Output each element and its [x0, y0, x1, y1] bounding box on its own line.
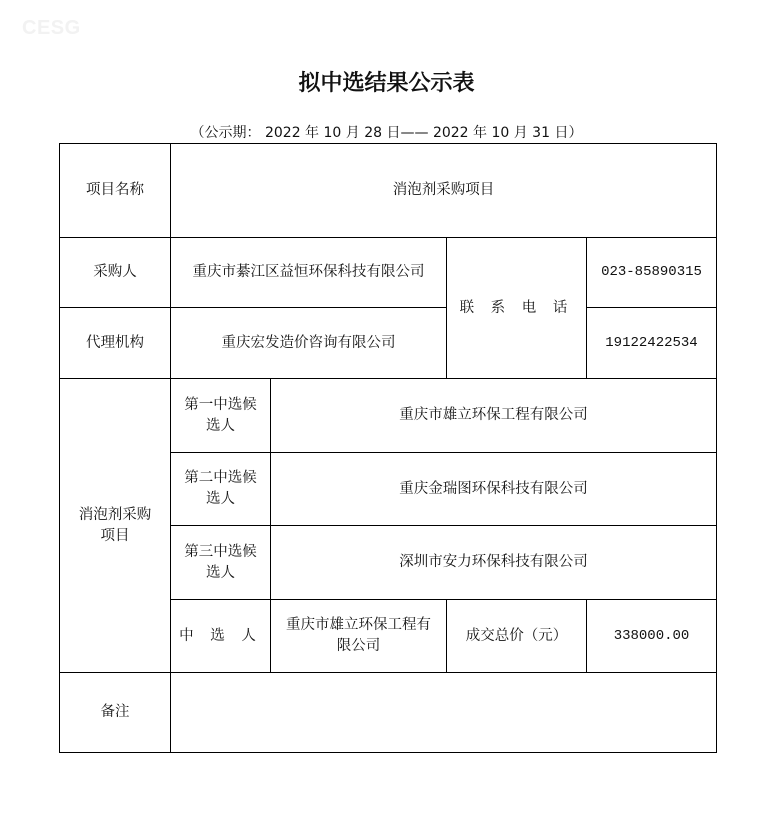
- publicity-period: （公示期： 2022 年 10 月 28 日—— 2022 年 10 月 31 …: [0, 122, 773, 142]
- candidate-3-name: 深圳市安力环保科技有限公司: [271, 526, 716, 599]
- contact-phone-label: 联 系 电 话: [447, 238, 586, 378]
- remarks-label: 备注: [60, 673, 170, 752]
- candidate-2-name: 重庆金瑞图环保科技有限公司: [271, 453, 716, 525]
- remarks-value: [171, 673, 716, 752]
- watermark-logo: CESG: [22, 17, 81, 40]
- agency-label: 代理机构: [60, 308, 170, 378]
- agency-value: 重庆宏发造价咨询有限公司: [171, 308, 446, 378]
- winner-value: 重庆市雄立环保工程有限公司: [271, 600, 446, 672]
- candidate-1-rank: 第一中选候选人: [171, 379, 270, 452]
- total-price-value: 338000.00: [587, 600, 716, 672]
- agency-phone: 19122422534: [587, 308, 716, 378]
- purchaser-phone: 023-85890315: [587, 238, 716, 307]
- candidate-3-rank: 第三中选候选人: [171, 526, 270, 599]
- document-title: 拟中选结果公示表: [0, 66, 773, 97]
- project-name-value: 消泡剂采购项目: [171, 144, 716, 237]
- section-label: 消泡剂采购项目: [60, 379, 170, 672]
- project-name-label: 项目名称: [60, 144, 170, 237]
- candidate-1-name: 重庆市雄立环保工程有限公司: [271, 379, 716, 452]
- total-price-label: 成交总价（元）: [447, 600, 586, 672]
- purchaser-value: 重庆市綦江区益恒环保科技有限公司: [171, 238, 446, 307]
- winner-label: 中 选 人: [171, 600, 270, 672]
- candidate-2-rank: 第二中选候选人: [171, 453, 270, 525]
- purchaser-label: 采购人: [60, 238, 170, 307]
